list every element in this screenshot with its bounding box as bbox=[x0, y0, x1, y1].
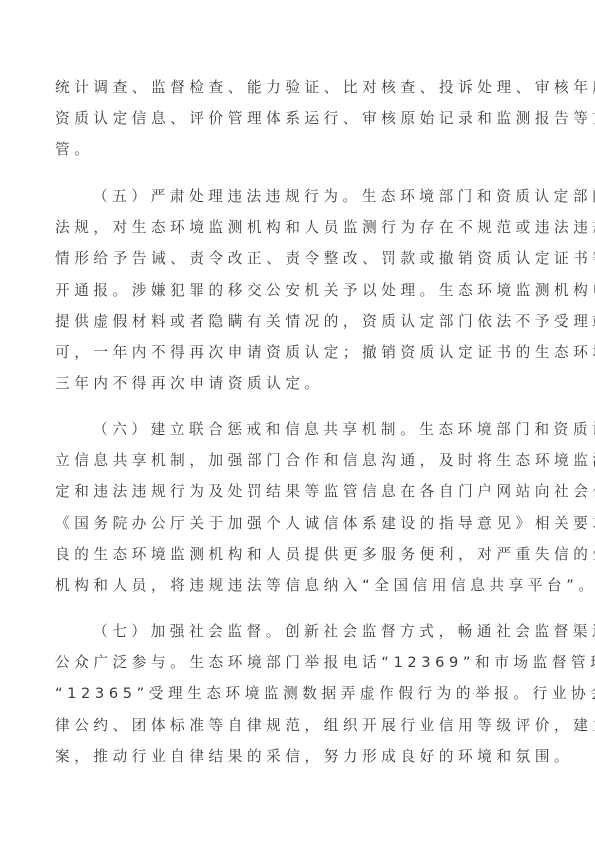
text-line: 案，推动行业自律结果的采信，努力形成良好的环境和氛围。 bbox=[55, 741, 555, 772]
paragraph-5-handle-violations: （五）严肃处理违法违规行为。生态环境部门和资质认定部门应根据法律 法规，对生态环… bbox=[55, 181, 555, 399]
text-line: 律公约、团体标准等自律规范，组织开展行业信用等级评价，建立健全信用档 bbox=[55, 710, 555, 741]
paragraph-supervision-methods-continued: 统计调查、监督检查、能力验证、比对核查、投诉处理、审核年度报告、核查 资质认定信… bbox=[55, 72, 555, 166]
text-line: 开通报。涉嫌犯罪的移交公安机关予以处理。生态环境监测机构申请资质认定 bbox=[55, 275, 555, 306]
text-line: 公众广泛参与。生态环境部门举报电话“12369”和市场监督管理部门举报电话 bbox=[55, 647, 555, 678]
text-line: 机构和人员，将违规违法等信息纳入“全国信用信息共享平台”。 bbox=[55, 570, 555, 601]
text-line: （六）建立联合惩戒和信息共享机制。生态环境部门和资质认定部门应建 bbox=[55, 414, 555, 445]
text-line: （七）加强社会监督。创新社会监督方式，畅通社会监督渠道，积极鼓励 bbox=[55, 616, 555, 647]
text-line: 管。 bbox=[55, 134, 555, 165]
paragraph-7-social-supervision: （七）加强社会监督。创新社会监督方式，畅通社会监督渠道，积极鼓励 公众广泛参与。… bbox=[55, 616, 555, 772]
text-line: “12365”受理生态环境监测数据弄虚作假行为的举报。行业协会应制定行业自 bbox=[55, 678, 555, 709]
text-line: 三年内不得再次申请资质认定。 bbox=[55, 368, 555, 399]
text-line: 可，一年内不得再次申请资质认定；撤销资质认定证书的生态环境监测机构， bbox=[55, 337, 555, 368]
text-line: 立信息共享机制，加强部门合作和信息沟通，及时将生态环境监测机构资质认 bbox=[55, 445, 555, 476]
text-line: 提供虚假材料或者隐瞒有关情况的，资质认定部门依法不予受理或者不予许 bbox=[55, 306, 555, 337]
text-line: （五）严肃处理违法违规行为。生态环境部门和资质认定部门应根据法律 bbox=[55, 181, 555, 212]
paragraph-6-joint-punishment-info-sharing: （六）建立联合惩戒和信息共享机制。生态环境部门和资质认定部门应建 立信息共享机制… bbox=[55, 414, 555, 601]
text-line: 法规，对生态环境监测机构和人员监测行为存在不规范或违法违规情况的，视 bbox=[55, 212, 555, 243]
text-line: 良的生态环境监测机构和人员提供更多服务便利，对严重失信的生态环境监测 bbox=[55, 539, 555, 570]
text-line: 统计调查、监督检查、能力验证、比对核查、投诉处理、审核年度报告、核查 bbox=[55, 72, 555, 103]
text-line: 《国务院办公厅关于加强个人诚信体系建设的指导意见》相关要求，对信用优 bbox=[55, 508, 555, 539]
text-line: 资质认定信息、评价管理体系运行、审核原始记录和监测报告等方式加强监 bbox=[55, 103, 555, 134]
document-page: 统计调查、监督检查、能力验证、比对核查、投诉处理、审核年度报告、核查 资质认定信… bbox=[0, 0, 595, 841]
text-line: 情形给予告诫、责令改正、责令整改、罚款或撤销资质认定证书等处理，并公 bbox=[55, 243, 555, 274]
text-line: 定和违法违规行为及处罚结果等监管信息在各自门户网站向社会公开。根据 bbox=[55, 476, 555, 507]
